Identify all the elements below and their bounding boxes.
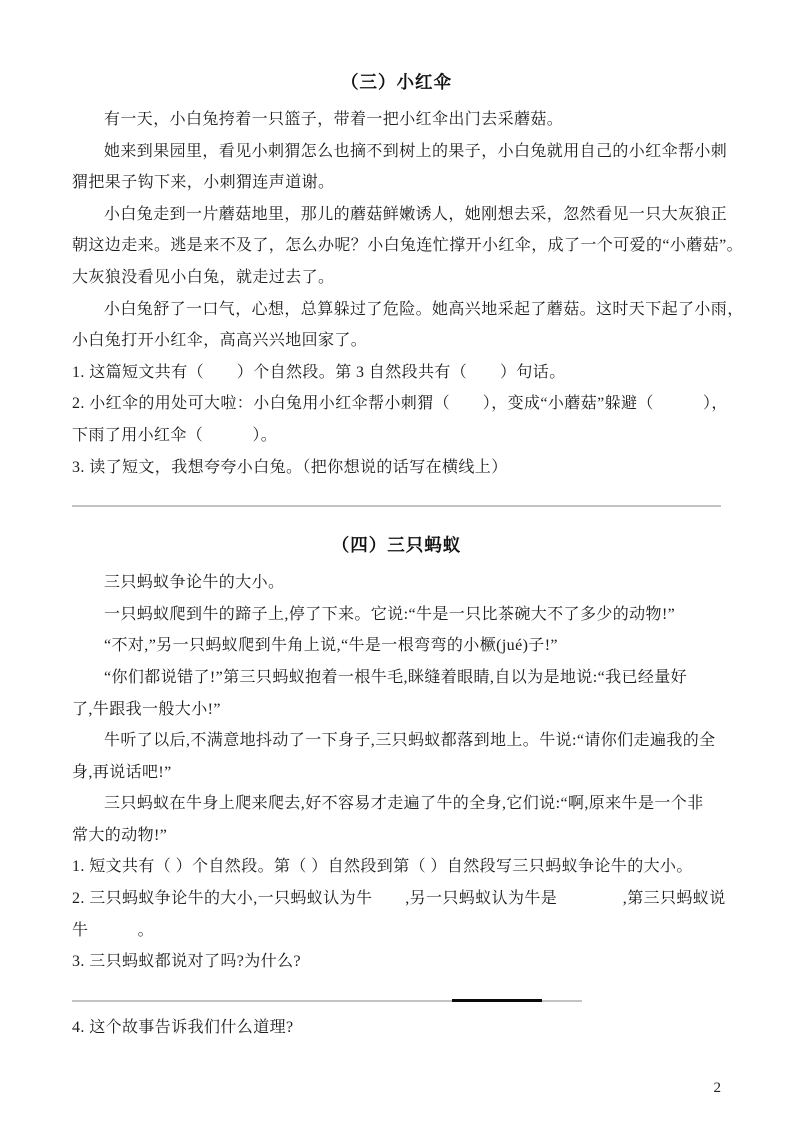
text-line: 三只蚂蚁争论牛的大小。	[72, 567, 721, 599]
text-line: 一只蚂蚁爬到牛的蹄子上,停了下来。它说:“牛是一只比茶碗大不了多少的动物!”	[72, 599, 721, 631]
section-body-xiao-hong-san: 有一天，小白兔挎着一只篮子，带着一把小红伞出门去采蘑菇。她来到果园里，看见小刺猬…	[72, 104, 721, 483]
text-line: 2. 三只蚂蚁争论牛的大小,一只蚂蚁认为牛 ,另一只蚂蚁认为牛是 ,第三只蚂蚁说	[72, 883, 721, 915]
worksheet-page: （三）小红伞 有一天，小白兔挎着一只篮子，带着一把小红伞出门去采蘑菇。她来到果园…	[0, 0, 793, 1122]
text-line: 身,再说话吧!”	[72, 757, 721, 789]
text-line: 猬把果子钩下来，小刺猬连声道谢。	[72, 167, 721, 199]
text-line: 有一天，小白兔挎着一只篮子，带着一把小红伞出门去采蘑菇。	[72, 104, 721, 136]
text-line: 小白兔打开小红伞，高高兴兴地回家了。	[72, 325, 721, 357]
section-san-zhi-ma-yi: （四）三只蚂蚁 三只蚂蚁争论牛的大小。一只蚂蚁爬到牛的蹄子上,停了下来。它说:“…	[72, 529, 721, 978]
text-line: 朝这边走来。逃是来不及了，怎么办呢？小白兔连忙撑开小红伞，成了一个可爱的“小蘑菇…	[72, 230, 721, 262]
text-line: 了,牛跟我一般大小!”	[72, 694, 721, 726]
section-body-san-zhi-ma-yi: 三只蚂蚁争论牛的大小。一只蚂蚁爬到牛的蹄子上,停了下来。它说:“牛是一只比茶碗大…	[72, 567, 721, 978]
answer-underline	[452, 999, 542, 1002]
text-line: 下雨了用小红伞（ ）。	[72, 420, 721, 452]
text-line: 小白兔舒了一口气，心想，总算躲过了危险。她高兴地采起了蘑菇。这时天下起了小雨，	[72, 294, 721, 326]
section-title-xiao-hong-san: （三）小红伞	[72, 66, 721, 98]
text-line: 三只蚂蚁在牛身上爬来爬去,好不容易才走遍了牛的全身,它们说:“啊,原来牛是一个非	[72, 788, 721, 820]
text-line: “你们都说错了!”第三只蚂蚁抱着一根牛毛,眯缝着眼睛,自以为是地说:“我已经量好	[72, 662, 721, 694]
text-line: 小白兔走到一片蘑菇地里，那儿的蘑菇鲜嫩诱人，她刚想去采，忽然看见一只大灰狼正	[72, 199, 721, 231]
text-line: 3. 读了短文，我想夸夸小白兔。（把你想说的话写在横线上）	[72, 452, 721, 484]
text-line: 常大的动物!”	[72, 820, 721, 852]
text-line: 3. 三只蚂蚁都说对了吗?为什么?	[72, 946, 721, 978]
text-line: 她来到果园里，看见小刺猬怎么也摘不到树上的果子，小白兔就用自己的小红伞帮小刺	[72, 136, 721, 168]
answer-divider	[72, 1000, 582, 1002]
text-line: 牛 。	[72, 915, 721, 947]
text-line: 牛听了以后,不满意地抖动了一下身子,三只蚂蚁都落到地上。牛说:“请你们走遍我的全	[72, 725, 721, 757]
section-divider	[72, 505, 721, 507]
text-line: 1. 这篇短文共有（ ）个自然段。第 3 自然段共有（ ）句话。	[72, 357, 721, 389]
page-number: 2	[714, 1080, 722, 1097]
section-title-san-zhi-ma-yi: （四）三只蚂蚁	[72, 529, 721, 561]
question-line-final: 4. 这个故事告诉我们什么道理?	[72, 1012, 721, 1044]
section-xiao-hong-san: （三）小红伞 有一天，小白兔挎着一只篮子，带着一把小红伞出门去采蘑菇。她来到果园…	[72, 66, 721, 483]
text-line: 1. 短文共有（ ）个自然段。第（ ）自然段到第（ ）自然段写三只蚂蚁争论牛的大…	[72, 851, 721, 883]
text-line: 2. 小红伞的用处可大啦：小白兔用小红伞帮小刺猬（ ），变成“小蘑菇”躲避（ ）…	[72, 388, 721, 420]
worksheet-content: （三）小红伞 有一天，小白兔挎着一只篮子，带着一把小红伞出门去采蘑菇。她来到果园…	[72, 66, 721, 1043]
text-line: 大灰狼没看见小白兔，就走过去了。	[72, 262, 721, 294]
text-line: “不对,”另一只蚂蚁爬到牛角上说,“牛是一根弯弯的小橛(jué)子!”	[72, 630, 721, 662]
